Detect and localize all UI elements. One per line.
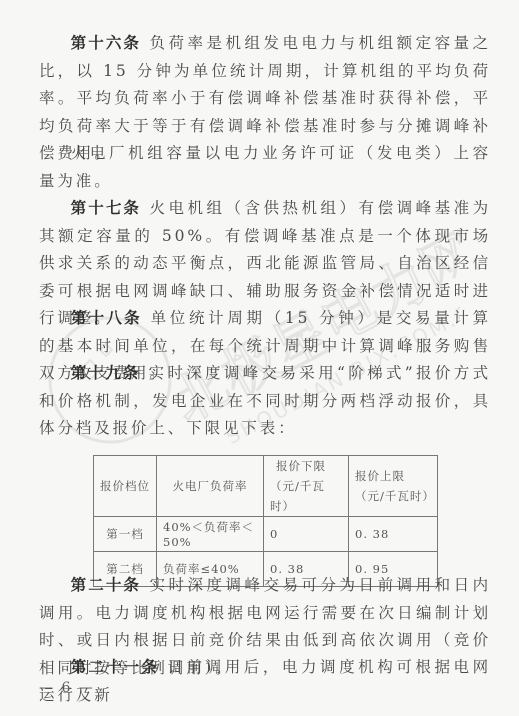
article-heading: 第二十条 (70, 576, 141, 594)
header-upper-limit: 报价上限 （元/千瓦时） (349, 456, 438, 517)
document-page: 北极星电力网 SHOUDIAN.BJX.COM.CN 第十六条 负荷率是机组发电… (0, 0, 519, 716)
cell-lower-limit: 0 (264, 517, 349, 552)
header-lower-limit: 报价下限 （元/千瓦时） (264, 456, 349, 517)
article-16-note: 火电厂机组容量以电力业务许可证（发电类）上容量为准。 (39, 140, 491, 195)
article-heading: 第十九条 (70, 364, 140, 382)
article-heading: 第二十一条 (70, 658, 159, 676)
header-load-rate: 火电厂负荷率 (157, 456, 264, 517)
header-tier: 报价档位 (94, 456, 157, 517)
article-text: 火电厂机组容量以电力业务许可证（发电类）上容量为准。 (39, 144, 491, 190)
price-tier-table: 报价档位 火电厂负荷率 报价下限 （元/千瓦时） 报价上限 （元/千瓦时） 第一… (93, 455, 438, 587)
article-heading: 第十七条 (70, 199, 141, 217)
table-row: 第一档 40%＜负荷率＜50% 0 0. 38 (94, 517, 438, 552)
cell-upper-limit: 0. 38 (349, 517, 438, 552)
cell-tier: 第一档 (94, 517, 157, 552)
article-heading: 第十八条 (70, 309, 142, 327)
article-heading: 第十六条 (70, 34, 141, 52)
article-21: 第二十一条 日前调用后，电力调度机构可根据电网运行及新 (39, 654, 491, 709)
page-number: — 6 — (39, 680, 95, 696)
table-header-row: 报价档位 火电厂负荷率 报价下限 （元/千瓦时） 报价上限 （元/千瓦时） (94, 456, 438, 517)
cell-load-rate: 40%＜负荷率＜50% (157, 517, 264, 552)
article-19: 第十九条 实时深度调峰交易采用“阶梯式”报价方式和价格机制，发电企业在不同时期分… (39, 360, 491, 443)
